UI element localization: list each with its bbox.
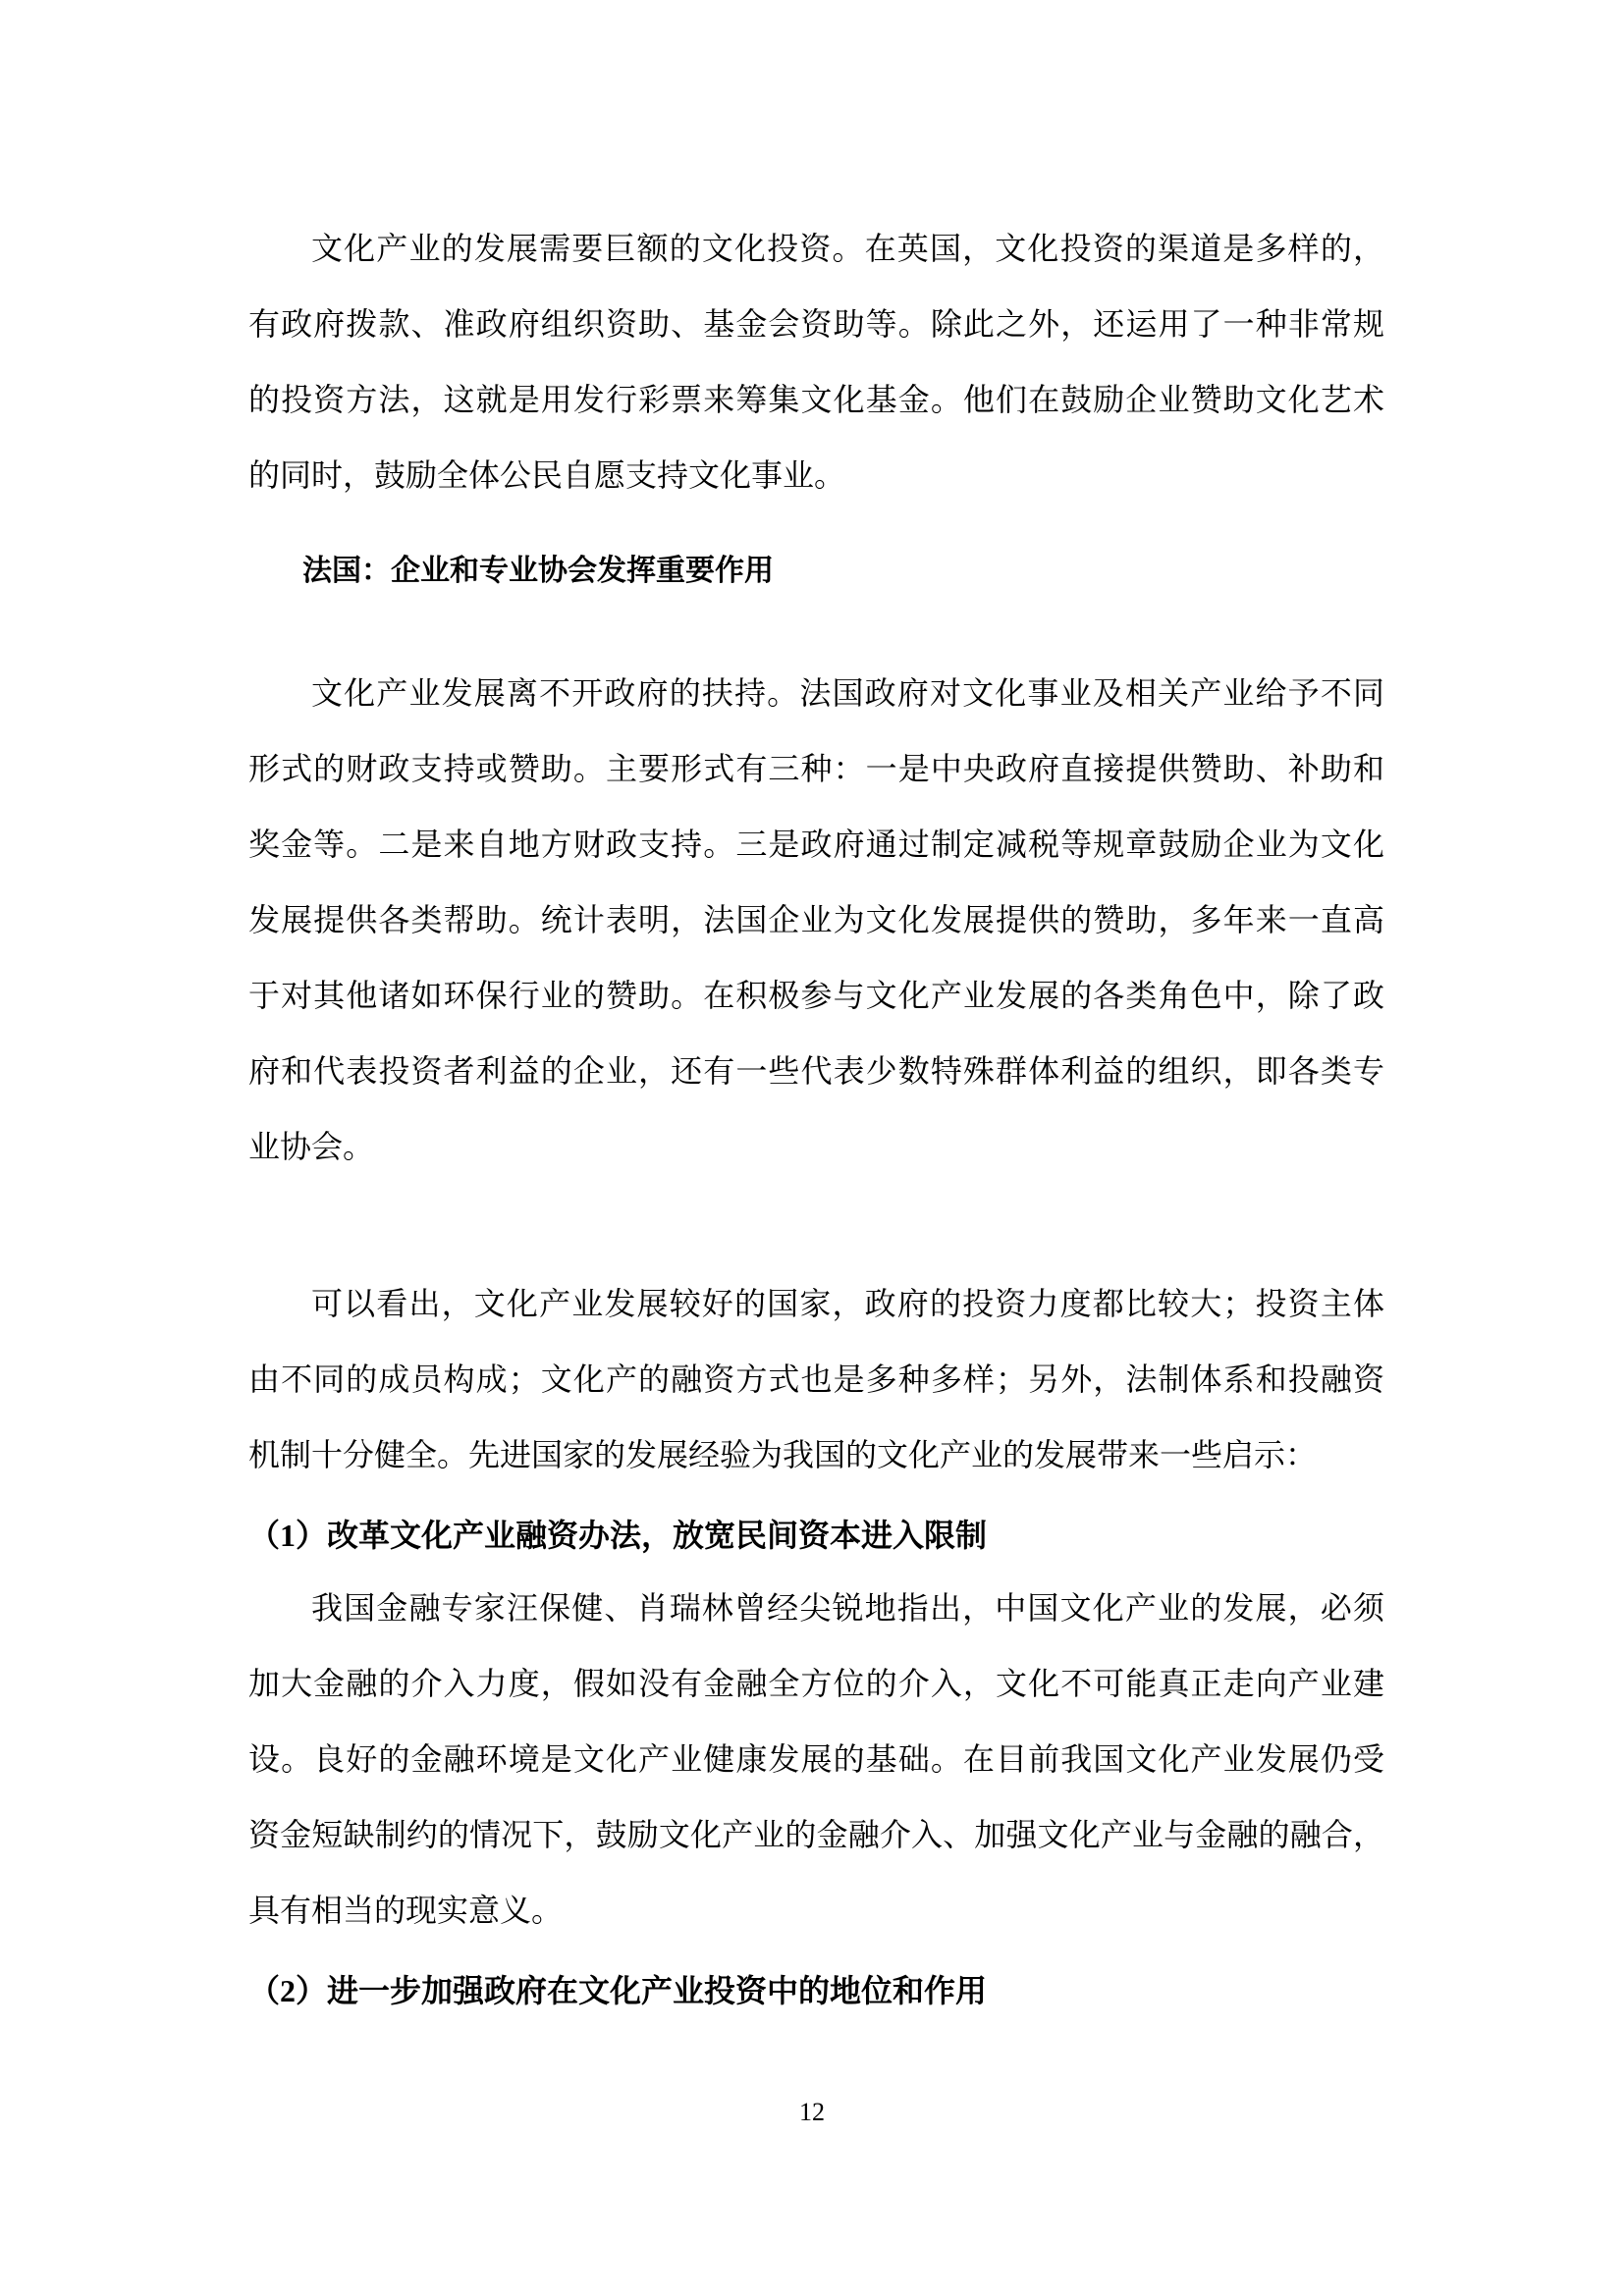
paragraph-line: 文化产业发展离不开政府的扶持。法国政府对文化事业及相关产业给予不同 — [248, 656, 1384, 731]
paragraph-line: 府和代表投资者利益的企业，还有一些代表少数特殊群体利益的组织，即各类专 — [248, 1034, 1384, 1109]
paragraph-line: 设。良好的金融环境是文化产业健康发展的基础。在目前我国文化产业发展仍受 — [248, 1722, 1384, 1797]
paragraph-line: 奖金等。二是来自地方财政支持。三是政府通过制定减税等规章鼓励企业为文化 — [248, 807, 1384, 882]
paragraph-france-support: 文化产业发展离不开政府的扶持。法国政府对文化事业及相关产业给予不同 形式的财政支… — [248, 656, 1384, 1185]
page-number: 12 — [0, 2097, 1624, 2128]
paragraph-finance-reform: 我国金融专家汪保健、肖瑞林曾经尖锐地指出，中国文化产业的发展，必须 加大金融的介… — [248, 1571, 1384, 1949]
paragraph-line: 文化产业的发展需要巨额的文化投资。在英国，文化投资的渠道是多样的， — [248, 211, 1384, 287]
paragraph-line: 的同时，鼓励全体公民自愿支持文化事业。 — [248, 438, 1384, 513]
paragraph-line: 资金短缺制约的情况下，鼓励文化产业的金融介入、加强文化产业与金融的融合， — [248, 1797, 1384, 1873]
paragraph-line: 发展提供各类帮助。统计表明，法国企业为文化发展提供的赞助，多年来一直高 — [248, 882, 1384, 958]
section-heading-france: 法国：企业和专业协会发挥重要作用 — [248, 550, 1438, 593]
paragraph-line: 我国金融专家汪保健、肖瑞林曾经尖锐地指出，中国文化产业的发展，必须 — [248, 1571, 1384, 1646]
paragraph-line: 机制十分健全。先进国家的发展经验为我国的文化产业的发展带来一些启示： — [248, 1417, 1384, 1493]
document-page: 文化产业的发展需要巨额的文化投资。在英国，文化投资的渠道是多样的， 有政府拨款、… — [0, 0, 1624, 2296]
tip-heading-1: （1）改革文化产业融资办法，放宽民间资本进入限制 — [248, 1513, 1384, 1558]
tip-heading-2: （2）进一步加强政府在文化产业投资中的地位和作用 — [248, 1968, 1384, 2013]
paragraph-line: 加大金融的介入力度，假如没有金融全方位的介入，文化不可能真正走向产业建 — [248, 1646, 1384, 1722]
paragraph-summary: 可以看出，文化产业发展较好的国家，政府的投资力度都比较大；投资主体 由不同的成员… — [248, 1266, 1384, 1493]
paragraph-line: 形式的财政支持或赞助。主要形式有三种：一是中央政府直接提供赞助、补助和 — [248, 731, 1384, 807]
paragraph-line: 可以看出，文化产业发展较好的国家，政府的投资力度都比较大；投资主体 — [248, 1266, 1384, 1342]
paragraph-line: 的投资方法，这就是用发行彩票来筹集文化基金。他们在鼓励企业赞助文化艺术 — [248, 362, 1384, 438]
paragraph-line: 具有相当的现实意义。 — [248, 1873, 1384, 1949]
paragraph-line: 由不同的成员构成；文化产的融资方式也是多种多样；另外，法制体系和投融资 — [248, 1342, 1384, 1417]
paragraph-line: 于对其他诸如环保行业的赞助。在积极参与文化产业发展的各类角色中，除了政 — [248, 958, 1384, 1034]
paragraph-line: 业协会。 — [248, 1109, 1384, 1185]
paragraph-line: 有政府拨款、准政府组织资助、基金会资助等。除此之外，还运用了一种非常规 — [248, 287, 1384, 362]
paragraph-uk-culture-investment: 文化产业的发展需要巨额的文化投资。在英国，文化投资的渠道是多样的， 有政府拨款、… — [248, 211, 1384, 513]
